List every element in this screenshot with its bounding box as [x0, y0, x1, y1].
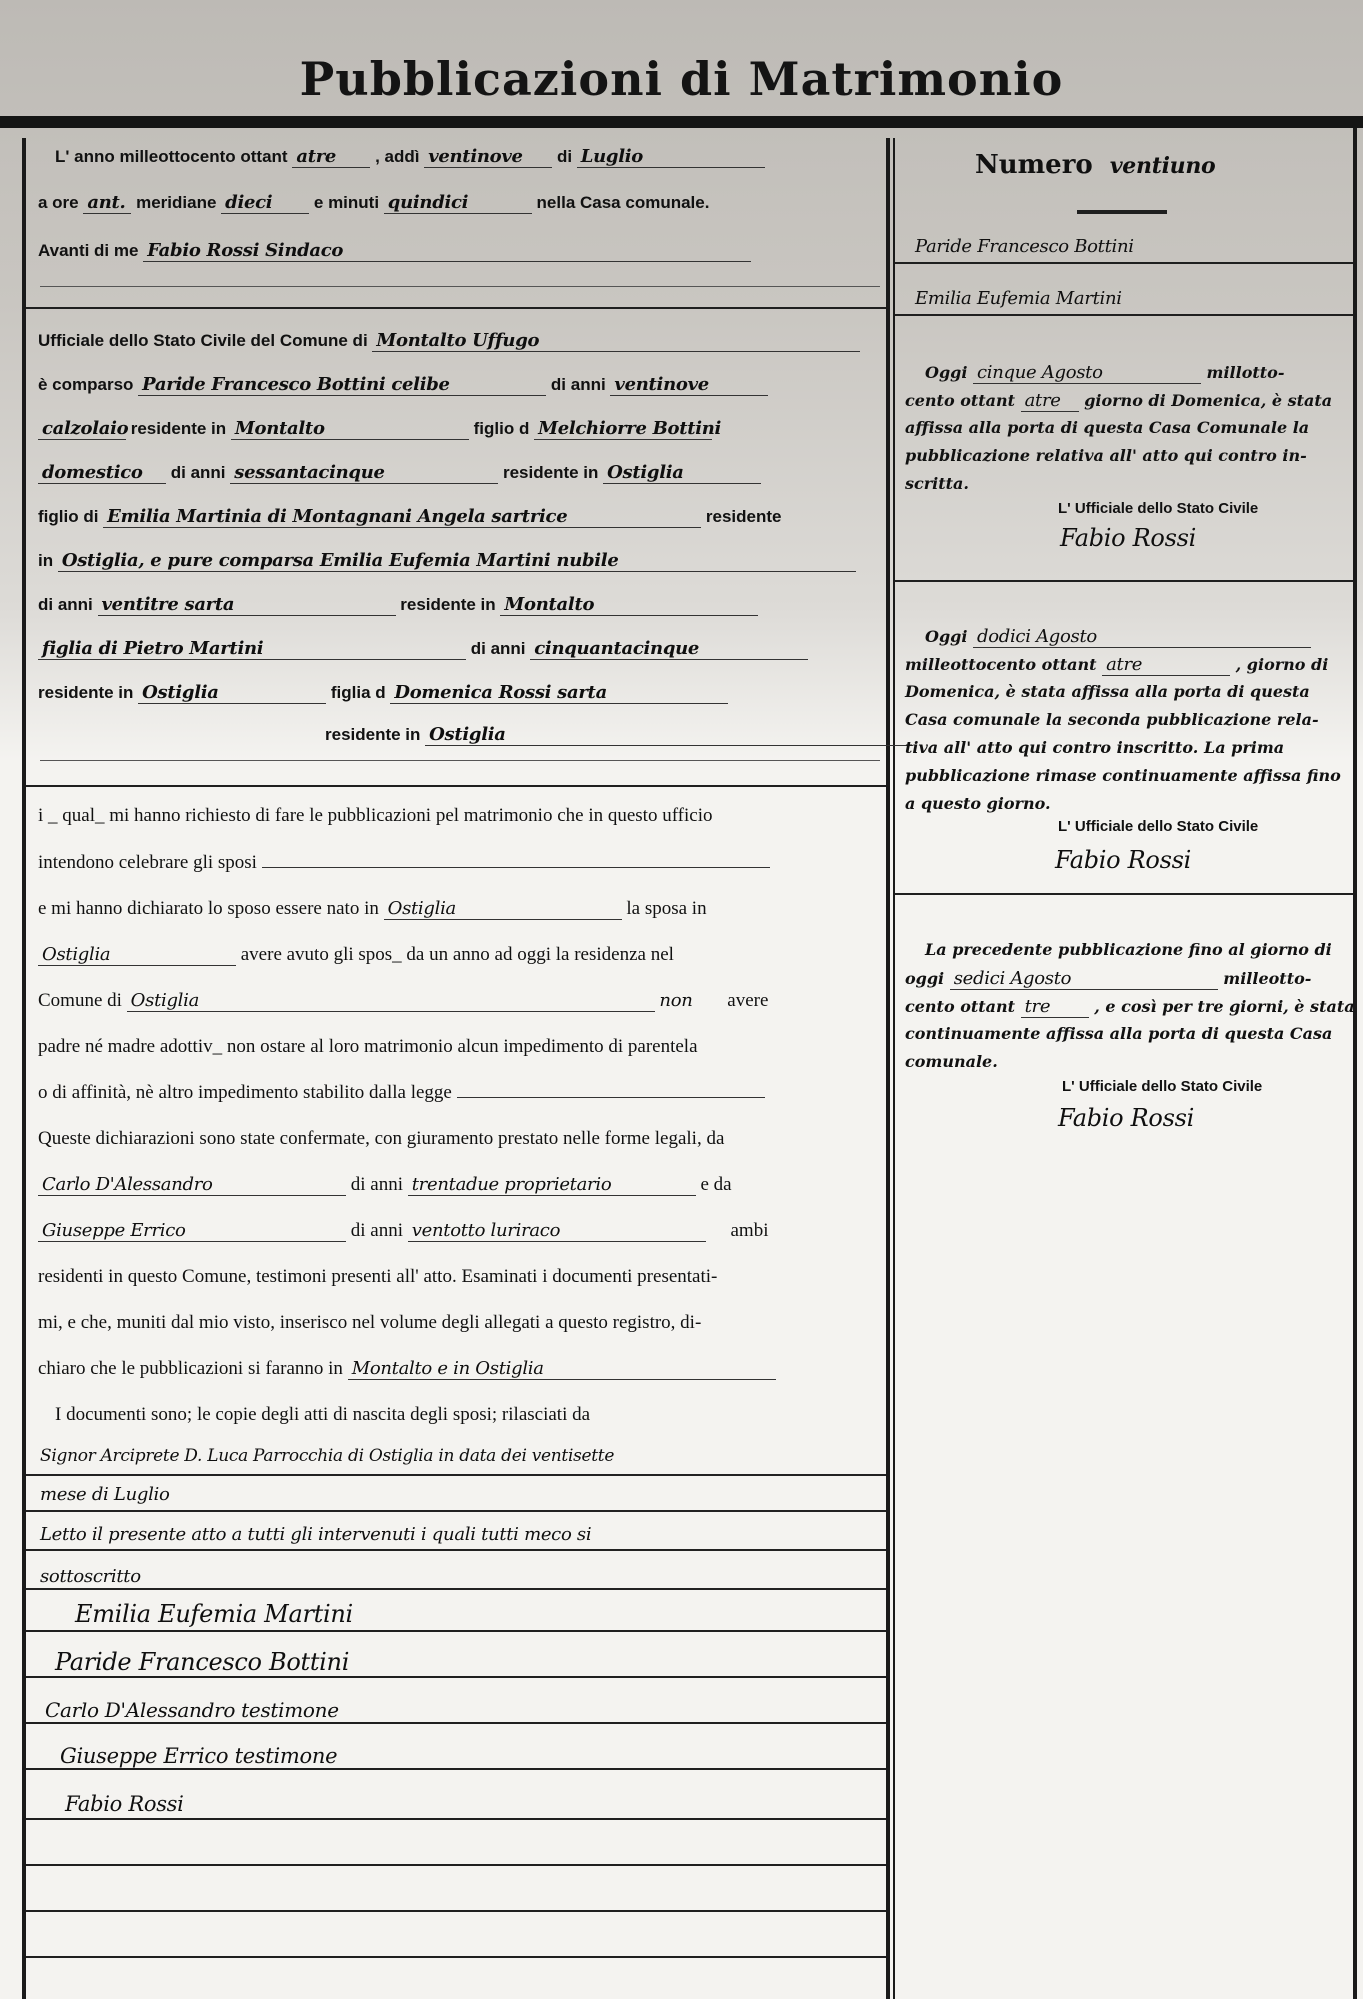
label: residente in	[131, 419, 226, 438]
notice1-line-2: cento ottant atre giorno di Domenica, è …	[905, 390, 1332, 412]
bride-father-residence-fill: Ostiglia	[138, 682, 326, 704]
label: residente	[706, 507, 782, 526]
label: Avanti di me	[38, 241, 138, 260]
year-fill: atre	[292, 146, 370, 168]
label: ambi	[731, 1220, 769, 1241]
label: di anni	[351, 1174, 403, 1195]
notice1-year-fill: atre	[1021, 390, 1079, 412]
father-age-fill: sessantacinque	[230, 462, 498, 484]
label: avere avuto gli spos_ da un anno ad oggi…	[241, 944, 674, 965]
groom-birthplace-fill: Ostiglia	[384, 898, 622, 920]
title-rule	[0, 116, 1363, 128]
rule	[26, 1549, 886, 1551]
label: è comparso	[38, 375, 133, 394]
bride-mother-fill: Domenica Rossi sarta	[390, 682, 728, 704]
right-border	[1353, 128, 1357, 1999]
decl-line-4: Ostiglia avere avuto gli spos_ da un ann…	[38, 944, 674, 966]
rule	[26, 1676, 886, 1678]
notice2-year-fill: atre	[1102, 654, 1230, 676]
groom-age-fill: ventinove	[610, 374, 768, 396]
blank	[457, 1097, 765, 1098]
decl-line-2: intendono celebrare gli sposi	[38, 852, 770, 874]
notice1-signature: Fabio Rossi	[1060, 524, 1196, 552]
label: di anni	[551, 375, 606, 394]
notice2-signature: Fabio Rossi	[1055, 846, 1191, 874]
signature-bride: Emilia Eufemia Martini	[75, 1600, 353, 1628]
label: , addì	[375, 147, 419, 166]
decl-line-14: I documenti sono; le copie degli atti di…	[55, 1404, 590, 1426]
label: Ufficiale dello Stato Civile del Comune …	[38, 331, 368, 350]
notice1-line-4: pubblicazione relativa all' atto qui con…	[905, 446, 1307, 465]
notice2-line-4: Casa comunale la seconda pubblicazione r…	[905, 710, 1319, 729]
rule	[895, 314, 1353, 316]
label: meridiane	[136, 193, 216, 212]
numero-value: ventiuno	[1110, 153, 1216, 179]
section-rule	[26, 785, 886, 787]
notice2-line-3: Domenica, è stata affissa alla porta di …	[905, 682, 1310, 701]
notice3-date-fill: sedici Agosto	[950, 968, 1218, 990]
rule	[26, 1510, 886, 1512]
label: cento ottant	[905, 391, 1015, 410]
label: milleottocento ottant	[905, 655, 1097, 674]
witness1-age-fill: trentadue proprietario	[408, 1174, 696, 1196]
notice1-line-5: scritta.	[905, 474, 969, 493]
register-name-bride: Emilia Eufemia Martini	[915, 288, 1122, 309]
decl-line-13: chiaro che le pubblicazioni si faranno i…	[38, 1358, 776, 1380]
bride-birthplace-fill: Ostiglia	[38, 944, 236, 966]
decl-line-1: i _ qual_ mi hanno richiesto di fare le …	[38, 805, 713, 827]
label: e minuti	[314, 193, 379, 212]
section-rule	[895, 893, 1353, 895]
label: di anni	[38, 595, 93, 614]
decl-line-10: Giuseppe Errico di anni ventotto lurirac…	[38, 1220, 769, 1242]
label: Oggi	[925, 363, 967, 382]
body-line-7: di anni ventitre sarta residente in Mont…	[38, 594, 758, 616]
decl-line-5: Comune di Ostiglia non avere	[38, 990, 768, 1012]
rule	[40, 760, 880, 761]
decl-line-8: Queste dichiarazioni sono state conferma…	[38, 1128, 724, 1150]
label: L' anno milleottocento ottant	[55, 147, 288, 166]
label: figlio d	[474, 419, 530, 438]
witness1-name-fill: Carlo D'Alessandro	[38, 1174, 346, 1196]
label: , e così per tre giorni, è stata	[1094, 997, 1354, 1016]
notice1-line-3: affissa alla porta di questa Casa Comuna…	[905, 418, 1309, 437]
header-line-3: Avanti di me Fabio Rossi Sindaco	[38, 240, 751, 262]
label: o di affinità, nè altro impedimento stab…	[38, 1082, 452, 1103]
document-title: Pubblicazioni di Matrimonio	[0, 52, 1363, 106]
rule	[895, 262, 1353, 264]
month-fill: Luglio	[577, 146, 765, 168]
publication-places-fill: Montalto e in Ostiglia	[348, 1358, 776, 1380]
witness2-age-fill: ventotto luriraco	[408, 1220, 706, 1242]
section-rule	[26, 307, 886, 309]
rule	[26, 1910, 886, 1912]
label: oggi	[905, 969, 944, 988]
ante-fill: ant.	[83, 192, 131, 214]
rule	[26, 1864, 886, 1866]
signature-officer: Fabio Rossi	[65, 1792, 184, 1816]
rule	[26, 1588, 886, 1590]
label: millotto-	[1207, 363, 1285, 382]
label: residente in	[38, 683, 133, 702]
notice2-officer-label: L' Ufficiale dello Stato Civile	[1058, 818, 1258, 835]
label: residente in	[325, 725, 420, 744]
hour-fill: dieci	[221, 192, 309, 214]
father-job-fill: domestico	[38, 462, 166, 484]
label: , giorno di	[1236, 655, 1329, 674]
label: di anni	[471, 639, 526, 658]
label: residente in	[400, 595, 495, 614]
decl-line-12: mi, e che, muniti dal mio visto, inseris…	[38, 1312, 701, 1334]
body-line-9: residente in Ostiglia figlia d Domenica …	[38, 682, 728, 704]
label: e da	[701, 1174, 732, 1195]
label: la sposa in	[626, 898, 706, 919]
groom-father-fill: Melchiorre Bottini	[534, 418, 712, 440]
signature-witness-2: Giuseppe Errico testimone	[60, 1744, 337, 1768]
label: di anni	[171, 463, 226, 482]
body-line-8: figlia di Pietro Martini di anni cinquan…	[38, 638, 808, 660]
body-line-6: in Ostiglia, e pure comparsa Emilia Eufe…	[38, 550, 856, 572]
decl-line-9: Carlo D'Alessandro di anni trentadue pro…	[38, 1174, 732, 1196]
notice3-line-4: continuamente affissa alla porta di ques…	[905, 1024, 1332, 1043]
groom-name-fill: Paride Francesco Bottini celibe	[138, 374, 546, 396]
header-line-1: L' anno milleottocento ottant atre , add…	[55, 146, 765, 168]
notice3-year-fill: tre	[1021, 996, 1089, 1018]
notice2-line-2: milleottocento ottant atre , giorno di	[905, 654, 1328, 676]
rule	[26, 1630, 886, 1632]
bride-age-fill: ventitre sarta	[98, 594, 396, 616]
decl-line-3: e mi hanno dichiarato lo sposo essere na…	[38, 898, 707, 920]
body-line-4: domestico di anni sessantacinque residen…	[38, 462, 761, 484]
body-line-5: figlio di Emilia Martinia di Montagnani …	[38, 506, 782, 528]
notice2-line-5: tiva all' atto qui contro inscritto. La …	[905, 738, 1284, 757]
label: nella Casa comunale.	[537, 193, 710, 212]
label: figlia d	[331, 683, 386, 702]
left-border	[22, 138, 26, 1999]
notice2-date-fill: dodici Agosto	[973, 626, 1311, 648]
signature-groom: Paride Francesco Bottini	[55, 1648, 349, 1676]
header-line-2: a ore ant. meridiane dieci e minuti quin…	[38, 192, 709, 214]
label: intendono celebrare gli sposi	[38, 852, 257, 873]
label: avere	[727, 990, 768, 1011]
bride-father-age-fill: cinquantacinque	[530, 638, 808, 660]
rule	[26, 1474, 886, 1476]
label: giorno di Domenica, è stata	[1084, 391, 1332, 410]
decl-line-7: o di affinità, nè altro impedimento stab…	[38, 1082, 765, 1104]
blank	[262, 867, 770, 868]
label: milleotto-	[1223, 969, 1311, 988]
label: Comune di	[38, 990, 122, 1011]
notice3-officer-label: L' Ufficiale dello Stato Civile	[1062, 1078, 1262, 1095]
bride-intro-fill: Ostiglia, e pure comparsa Emilia Eufemia…	[58, 550, 856, 572]
column-divider-inner	[893, 138, 895, 1999]
label: cento ottant	[905, 997, 1015, 1016]
document-page: Pubblicazioni di Matrimonio L' anno mill…	[0, 0, 1363, 1999]
label: chiaro che le pubblicazioni si faranno i…	[38, 1358, 343, 1379]
label: di anni	[351, 1220, 403, 1241]
issuer-line-1: Signor Arciprete D. Luca Parrocchia di O…	[40, 1446, 614, 1466]
notice3-line-1: La precedente pubblicazione fino al gior…	[925, 940, 1332, 959]
label: a ore	[38, 193, 79, 212]
numero-line: Numero ventiuno	[975, 150, 1215, 180]
label: in	[38, 551, 53, 570]
closing-line-2: sottoscritto	[40, 1566, 141, 1587]
label: Oggi	[925, 627, 967, 646]
non-fill: non	[659, 990, 692, 1011]
label: e mi hanno dichiarato lo sposo essere na…	[38, 898, 379, 919]
body-line-1: Ufficiale dello Stato Civile del Comune …	[38, 330, 860, 352]
body-line-2: è comparso Paride Francesco Bottini celi…	[38, 374, 768, 396]
rule	[40, 286, 880, 287]
groom-mother-fill: Emilia Martinia di Montagnani Angela sar…	[103, 506, 701, 528]
closing-line-1: Letto il presente atto a tutti gli inter…	[40, 1524, 591, 1545]
officer-name-fill: Fabio Rossi Sindaco	[143, 240, 751, 262]
notice3-line-5: comunale.	[905, 1052, 998, 1071]
notice2-line-1: Oggi dodici Agosto	[925, 626, 1311, 648]
issuer-line-2: mese di Luglio	[40, 1484, 170, 1505]
notice2-line-7: a questo giorno.	[905, 794, 1051, 813]
numero-underline	[1077, 210, 1167, 214]
groom-residence-fill: Montalto	[231, 418, 469, 440]
decl-line-11: residenti in questo Comune, testimoni pr…	[38, 1266, 717, 1288]
bride-father-fill: figlia di Pietro Martini	[38, 638, 466, 660]
notice1-date-fill: cinque Agosto	[973, 362, 1201, 384]
notice3-signature: Fabio Rossi	[1058, 1104, 1194, 1132]
rule	[26, 1722, 886, 1724]
bride-mother-residence-fill: Ostiglia	[425, 724, 913, 746]
label: di	[557, 147, 572, 166]
numero-label: Numero	[975, 150, 1093, 180]
signature-witness-1: Carlo D'Alessandro testimone	[45, 1698, 339, 1722]
notice3-line-3: cento ottant tre , e così per tre giorni…	[905, 996, 1355, 1018]
rule	[26, 1956, 886, 1958]
notice1-officer-label: L' Ufficiale dello Stato Civile	[1058, 500, 1258, 517]
residence-fill: Ostiglia	[127, 990, 655, 1012]
minutes-fill: quindici	[384, 192, 532, 214]
column-divider	[886, 138, 890, 1999]
body-line-10: residente in Ostiglia	[325, 724, 913, 746]
notice2-line-6: pubblicazione rimase continuamente affis…	[905, 766, 1341, 785]
label: residente in	[503, 463, 598, 482]
day-fill: ventinove	[424, 146, 552, 168]
section-rule	[895, 580, 1353, 582]
comune-fill: Montalto Uffugo	[372, 330, 860, 352]
bride-residence-fill: Montalto	[500, 594, 758, 616]
rule	[26, 1768, 886, 1770]
groom-job-fill: calzolaio	[38, 418, 126, 440]
witness2-name-fill: Giuseppe Errico	[38, 1220, 346, 1242]
rule	[26, 1818, 886, 1820]
decl-line-6: padre né madre adottiv_ non ostare al lo…	[38, 1036, 698, 1058]
label: figlio di	[38, 507, 98, 526]
notice1-line-1: Oggi cinque Agosto millotto-	[925, 362, 1284, 384]
body-line-3: calzolaio residente in Montalto figlio d…	[38, 418, 712, 440]
notice3-line-2: oggi sedici Agosto milleotto-	[905, 968, 1311, 990]
register-name-groom: Paride Francesco Bottini	[915, 236, 1134, 257]
father-residence-fill: Ostiglia	[603, 462, 761, 484]
